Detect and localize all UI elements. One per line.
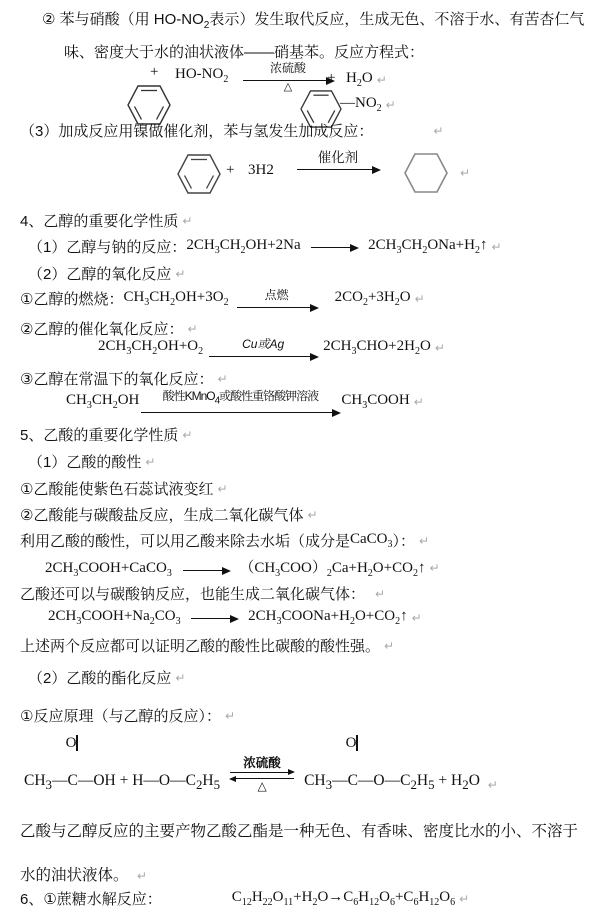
item-label: ①乙醇的燃烧：	[20, 288, 123, 309]
acetic-scale-line: 利用乙酸的酸性，可以用乙酸来除去水垢（成分是 CaCO3 ）： ↵	[20, 530, 429, 551]
nitro-text: —NO2	[340, 95, 382, 114]
paragraph-mark: ↵	[414, 395, 424, 409]
paragraph-mark: ↵	[137, 869, 147, 883]
item-label: （1）乙酸的酸性	[28, 451, 141, 472]
reaction-arrow-ignite: 点燃	[237, 289, 317, 308]
item-text: 上述两个反应都可以证明乙酸的酸性比碳酸的酸性强。	[20, 635, 380, 656]
paragraph-mark: ↵	[187, 322, 197, 336]
ester-right-main: CH3—C—O—C2H5 + H2O	[304, 772, 480, 789]
paragraph-mark: ↵	[429, 561, 439, 575]
section-4-title: 4、乙醇的重要化学性质 ↵	[20, 210, 192, 231]
reaction-arrow-cu-ag: Cu或Ag	[209, 338, 317, 357]
paragraph-mark: ↵	[459, 892, 469, 906]
arrow-bar-icon	[141, 408, 339, 413]
water-text: H2O	[346, 70, 373, 89]
item-text: ①乙酸能使紫色石蕊试液变红	[20, 478, 213, 499]
acetic-acidity-label: （1）乙酸的酸性 ↵	[28, 451, 155, 472]
acetic-na2co3-intro: 乙酸还可以与碳酸钠反应，也能生成二氧化碳气体： ↵	[20, 583, 385, 604]
paragraph-mark: ↵	[412, 611, 422, 625]
cyclohexane-ring-icon	[404, 150, 448, 196]
item-label: （2）乙酸的酯化反应	[28, 667, 171, 688]
equation: 2CH3CH2OH+2Na 2CH3CH2ONa+H2↑	[186, 237, 487, 256]
oxygen-atom: O	[66, 735, 77, 751]
ethanol-sodium-reaction: （1）乙醇与钠的反应： 2CH3CH2OH+2Na 2CH3CH2ONa+H2↑…	[28, 236, 502, 257]
paragraph-mark: ↵	[217, 372, 227, 386]
esterification-equation: O CH3—C—OH + H—O—C2H5 浓硫酸 △ O CH3—C—O—C2…	[24, 736, 498, 793]
para-text: （3）加成反应用镍做催化剂，苯与氢发生加成反应：	[20, 120, 373, 141]
carbonyl-oxygen-group: O	[343, 737, 361, 750]
sucrose-hydrolysis-line: 6、①蔗糖水解反应： C12H22O11+H2O→C6H12O6+C6H12O6…	[20, 888, 469, 909]
double-bond-icon	[76, 735, 78, 751]
ethanol-combustion: ①乙醇的燃烧： CH3CH2OH+3O2 点燃 2CO2+3H2O ↵	[20, 288, 425, 309]
plus-sign: +	[226, 162, 234, 179]
paragraph-mark: ↵	[145, 455, 155, 469]
arrow-bar-icon	[297, 165, 379, 170]
reaction-arrow-icon	[311, 243, 357, 248]
item-text: ②乙酸能与碳酸盐反应，生成二氧化碳气体	[20, 504, 303, 525]
ethanol-catalytic-oxidation-label: ②乙醇的催化氧化反应： ↵	[20, 318, 198, 339]
acetic-carbonate-line: ②乙酸能与碳酸盐反应，生成二氧化碳气体 ↵	[20, 504, 318, 525]
text-after-formula: ）：	[393, 530, 416, 551]
condition-label: 酸性KMnO4或酸性重铬酸钾溶液	[163, 390, 319, 407]
condition-label: 点燃	[265, 289, 289, 302]
reaction-arrow-catalyst: 催化剂	[297, 151, 379, 170]
reaction-arrow-icon	[183, 566, 229, 571]
paragraph-mark: ↵	[175, 671, 185, 685]
paragraph-mark: ↵	[307, 508, 317, 522]
esterification-principle-label: ①反应原理（与乙醇的反应）： ↵	[20, 705, 235, 726]
document-page: ② 苯与硝酸（用 HO-NO2表示）发生取代反应，生成无色、不溶于水、有苦杏仁气…	[0, 0, 600, 919]
paragraph-mark: ↵	[377, 73, 387, 87]
paragraph-mark: ↵	[433, 124, 443, 138]
plus-sign: +	[150, 64, 158, 81]
ethanol-catalytic-oxidation-equation: 2CH3CH2OH+O2 Cu或Ag 2CH3CHO+2H2O ↵	[98, 338, 445, 357]
paragraph-mark: ↵	[460, 166, 470, 180]
paragraph-mark: ↵	[415, 292, 425, 306]
equation-left: CH3CH2OH+3O2	[123, 289, 228, 308]
equation: 2CH3COOH+CaCO3 （CH3COO）2Ca+H2O+CO2↑	[45, 556, 425, 579]
heat-symbol: △	[284, 81, 292, 94]
reaction-arrow-icon	[191, 614, 237, 619]
equation-left: 2CH3CH2OH+O2	[98, 338, 203, 357]
equation-right: CH3COOH	[341, 392, 409, 411]
item-label: ③乙醇在常温下的氧化反应：	[20, 368, 213, 389]
hydrogen-formula: 3H2	[248, 162, 274, 179]
double-bond-icon	[356, 735, 358, 751]
reversible-arrow-conc-h2so4: 浓硫酸 △	[230, 756, 294, 793]
hydrogenation-equation: + 3H2 催化剂 ↵	[0, 146, 600, 208]
paragraph-mark: ↵	[182, 214, 192, 228]
oxygen-atom: O	[346, 735, 357, 751]
paragraph-mark: ↵	[435, 341, 445, 355]
para-text: 乙酸与乙醇反应的主要产物乙酸乙酯是一种无色、有香味、密度比水的小、不溶于水的油状…	[20, 823, 578, 884]
section-title-text: 4、乙醇的重要化学性质	[20, 210, 178, 231]
acetic-caco3-equation: 2CH3COOH+CaCO3 （CH3COO）2Ca+H2O+CO2↑ ↵	[45, 556, 440, 579]
condition-label: 浓硫酸	[270, 62, 306, 75]
ethanol-room-temp-oxidation-equation: CH3CH2OH 酸性KMnO4或酸性重铬酸钾溶液 CH3COOH ↵	[66, 390, 424, 413]
caco3-formula: CaCO3	[350, 531, 393, 550]
equilibrium-arrows-icon	[230, 771, 294, 780]
paragraph-mark: ↵	[375, 587, 385, 601]
carbonyl-oxygen-group: O	[63, 737, 81, 750]
acetic-esterification-label: （2）乙酸的酯化反应 ↵	[28, 667, 185, 688]
ester-right-structure: O CH3—C—O—C2H5 + H2O ↵	[304, 736, 498, 793]
nitro-substituent: —NO2 ↵	[340, 95, 396, 114]
paragraph-mark: ↵	[386, 98, 396, 112]
ethanol-oxidation-label: （2）乙醇的氧化反应 ↵	[28, 263, 185, 284]
equation-right: 2CO2+3H2O	[335, 289, 411, 308]
section-title-text: 5、乙酸的重要化学性质	[20, 424, 178, 445]
paragraph-mark: ↵	[175, 267, 185, 281]
condition-label: 催化剂	[318, 151, 359, 164]
benzene-ring-icon	[177, 152, 221, 196]
equation: 2CH3COOH+Na2CO3 2CH3COONa+H2O+CO2↑	[48, 608, 408, 627]
para-nitration-intro: ② 苯与硝酸（用 HO-NO2表示）发生取代反应，生成无色、不溶于水、有苦杏仁气…	[42, 6, 594, 66]
condition-label: Cu或Ag	[242, 338, 284, 351]
arrow-bar-icon	[237, 303, 317, 308]
nitric-acid-formula: HO-NO2	[175, 66, 228, 85]
item-label: （2）乙醇的氧化反应	[28, 263, 171, 284]
heat-symbol: △	[257, 780, 266, 793]
arrow-bar-icon	[243, 76, 333, 81]
plus-sign: +	[327, 70, 335, 87]
paragraph-mark: ↵	[217, 482, 227, 496]
equation-right: 2CH3CHO+2H2O	[323, 338, 431, 357]
acetic-litmus-line: ①乙酸能使紫色石蕊试液变红 ↵	[20, 478, 228, 499]
ester-left-structure: O CH3—C—OH + H—O—C2H5	[24, 736, 220, 793]
item-label: ②乙醇的催化氧化反应：	[20, 318, 183, 339]
paragraph-mark: ↵	[182, 428, 192, 442]
paragraph-mark: ↵	[491, 240, 501, 254]
item-text: 乙酸还可以与碳酸钠反应，也能生成二氧化碳气体：	[20, 583, 365, 604]
para-ester-properties: 乙酸与乙醇反应的主要产物乙酸乙酯是一种无色、有香味、密度比水的小、不溶于水的油状…	[20, 810, 586, 898]
arrow-bar-icon	[209, 352, 317, 357]
water-formula: H2O ↵	[346, 70, 387, 89]
acetic-na2co3-equation: 2CH3COOH+Na2CO3 2CH3COONa+H2O+CO2↑ ↵	[48, 608, 422, 627]
section-5-title: 5、乙酸的重要化学性质 ↵	[20, 424, 192, 445]
acetic-conclusion: 上述两个反应都可以证明乙酸的酸性比碳酸的酸性强。 ↵	[20, 635, 394, 656]
paragraph-mark: ↵	[225, 709, 235, 723]
text-before-formula: 利用乙酸的酸性，可以用乙酸来除去水垢（成分是	[20, 530, 350, 551]
equation: C12H22O11+H2O→C6H12O6+C6H12O6	[232, 889, 455, 908]
item-label: （1）乙醇与钠的反应：	[28, 236, 186, 257]
paragraph-mark: ↵	[488, 778, 498, 792]
reaction-arrow-kmno4: 酸性KMnO4或酸性重铬酸钾溶液	[141, 390, 339, 413]
ester-left-main: CH3—C—OH + H—O—C2H5	[24, 772, 220, 789]
equation-left: CH3CH2OH	[66, 392, 139, 411]
item-label: ①反应原理（与乙醇的反应）：	[20, 705, 221, 726]
paragraph-mark: ↵	[419, 534, 429, 548]
paragraph-mark: ↵	[384, 639, 394, 653]
item-label: 6、①蔗糖水解反应：	[20, 888, 162, 909]
condition-label: 浓硫酸	[243, 756, 281, 770]
ethanol-room-temp-oxidation-label: ③乙醇在常温下的氧化反应： ↵	[20, 368, 228, 389]
para-hydrogenation-intro: （3）加成反应用镍做催化剂，苯与氢发生加成反应： ↵	[20, 120, 443, 141]
